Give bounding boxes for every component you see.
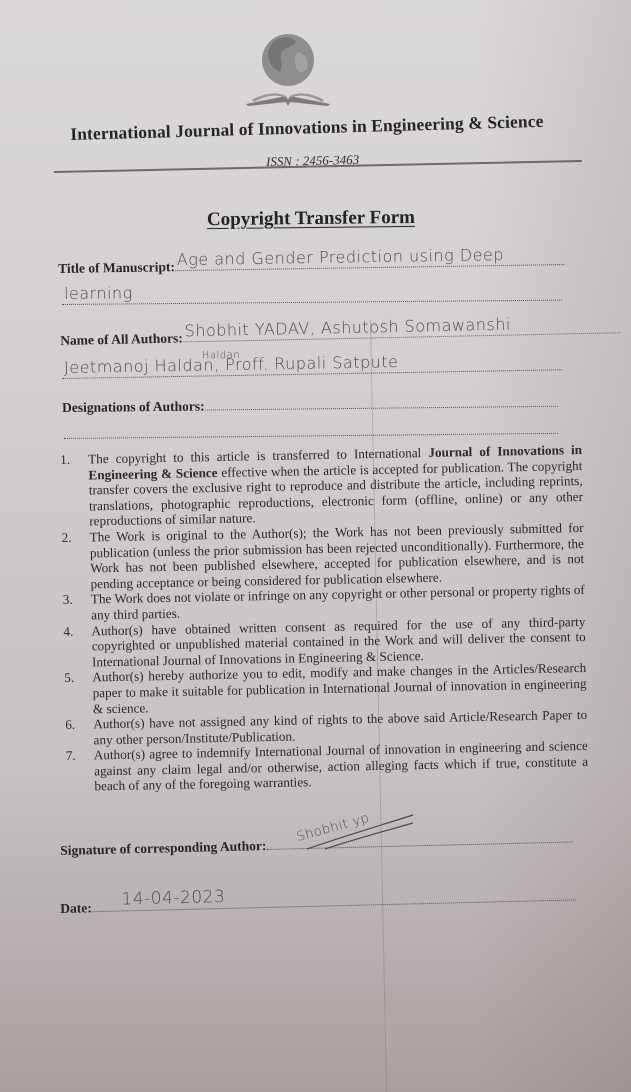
- signature-stroke: [305, 805, 415, 853]
- designations-field-line2[interactable]: [64, 419, 558, 439]
- journal-title: International Journal of Innovations in …: [70, 109, 590, 145]
- date-label: Date:: [60, 900, 92, 917]
- date-value: 14-04-2023: [121, 887, 225, 910]
- manuscript-title-value: Age and Gender Prediction using Deep: [177, 245, 504, 269]
- manuscript-title-field-line2[interactable]: learning: [62, 286, 562, 305]
- authors-label: Name of All Authors:: [60, 330, 183, 349]
- manuscript-title-value-line2: learning: [64, 283, 133, 303]
- signature-label: Signature of corresponding Author:: [60, 838, 266, 859]
- term-item: 2. The Work is original to the Author(s)…: [61, 520, 584, 592]
- form-title: Copyright Transfer Form: [207, 207, 415, 231]
- date-field[interactable]: Date: 14-04-2023: [60, 885, 576, 917]
- designations-label: Designations of Authors:: [62, 399, 205, 416]
- term-item: 7. Author(s) agree to indemnify Internat…: [66, 738, 589, 795]
- authors-value: Shobhit YADAV, Ashutosh Somawanshi: [184, 315, 511, 341]
- designations-field[interactable]: Designations of Authors:: [62, 392, 558, 416]
- globe-on-open-book-icon: [238, 26, 338, 114]
- authors-field-line2[interactable]: Jeetmanoj Haldan, Proff. Rupali Satpute …: [62, 355, 562, 379]
- manuscript-title-field[interactable]: Title of Manuscript: Age and Gender Pred…: [58, 250, 564, 277]
- term-item: 1. The copyright to this article is tran…: [60, 442, 583, 530]
- manuscript-title-label: Title of Manuscript:: [58, 259, 175, 277]
- authors-field[interactable]: Name of All Authors: Shobhit YADAV, Ashu…: [60, 318, 620, 349]
- authors-correction: Haldan: [202, 350, 240, 362]
- terms-list: 1. The copyright to this article is tran…: [60, 442, 588, 795]
